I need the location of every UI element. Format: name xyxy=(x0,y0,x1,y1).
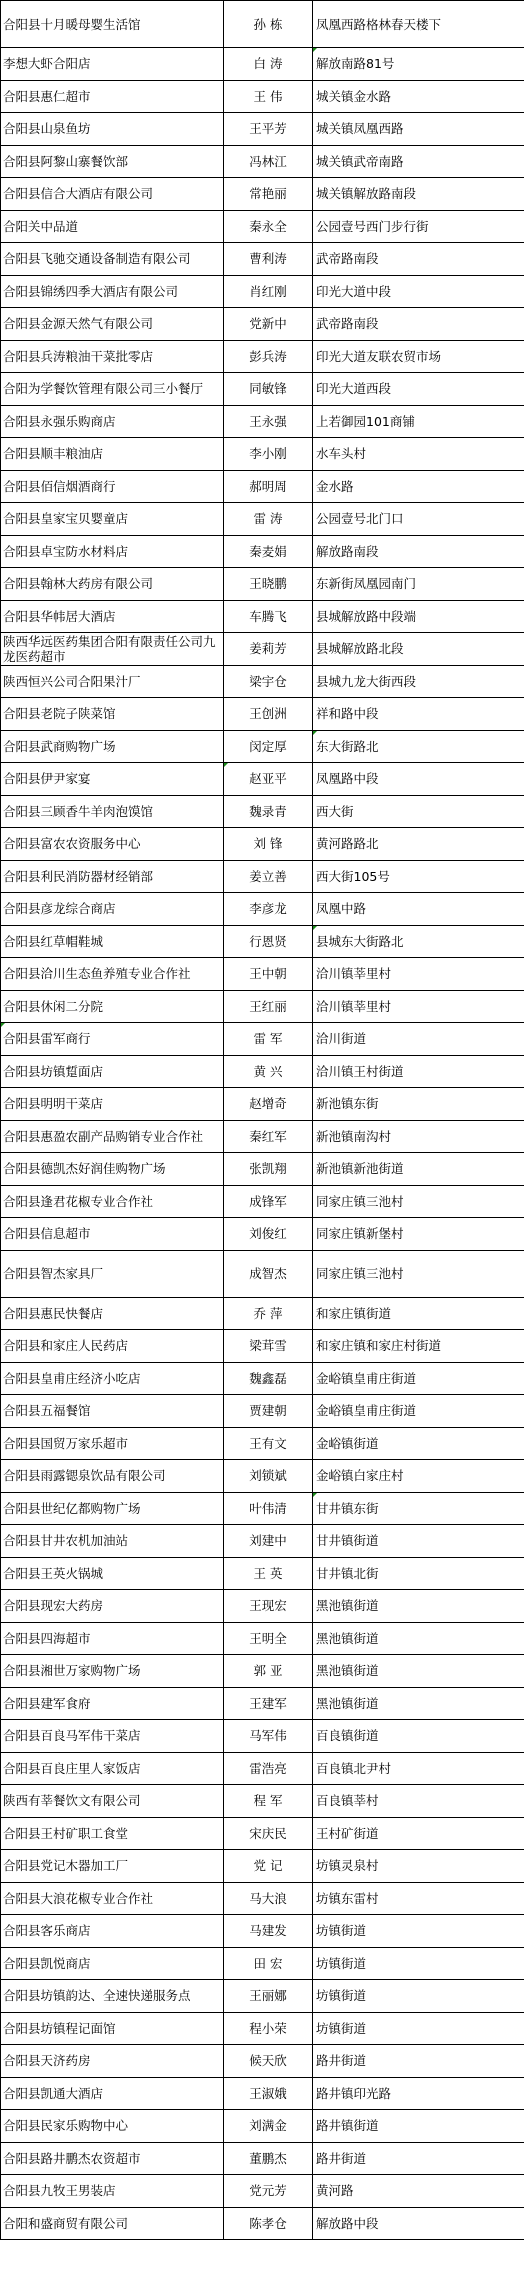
cell-name[interactable]: 合阳县四海超市 xyxy=(1,1622,224,1655)
cell-address[interactable]: 坊镇街道 xyxy=(313,1980,524,2013)
cell-address[interactable]: 新池镇东街 xyxy=(313,1088,524,1121)
cell-person[interactable]: 曹利涛 xyxy=(224,243,313,276)
cell-person[interactable]: 王晓鹏 xyxy=(224,568,313,601)
cell-name[interactable]: 合阳县皇甫庄经济小吃店 xyxy=(1,1362,224,1395)
table-row: 陕西恒兴公司合阳果汁厂梁宇仓县城九龙大街西段 xyxy=(1,665,524,698)
table-row: 合阳县伊尹家宴赵亚平凤凰路中段 xyxy=(1,763,524,796)
table-row: 合阳县惠民快餐店乔 萍和家庄镇街道 xyxy=(1,1297,524,1330)
cell-person[interactable]: 刘锁斌 xyxy=(224,1460,313,1493)
cell-name[interactable]: 合阳县坊镇踅面店 xyxy=(1,1055,224,1088)
cell-address[interactable]: 百良镇街道 xyxy=(313,1720,524,1753)
table-row: 陕西华远医药集团合阳有限责任公司九龙医药超市姜莉芳县城解放路北段 xyxy=(1,633,524,666)
cell-person[interactable]: 秦红军 xyxy=(224,1120,313,1153)
cell-address[interactable]: 和家庄镇和家庄村街道 xyxy=(313,1330,524,1363)
cell-address[interactable]: 洽川镇王村街道 xyxy=(313,1055,524,1088)
cell-person[interactable]: 赵亚平 xyxy=(224,763,313,796)
cell-address[interactable]: 同家庄镇新堡村 xyxy=(313,1218,524,1251)
cell-person[interactable]: 秦麦娟 xyxy=(224,535,313,568)
cell-person[interactable]: 姜莉芳 xyxy=(224,633,313,666)
table-row: 合阳县三顾香牛羊肉泡馍馆魏录青西大街 xyxy=(1,795,524,828)
table-row: 合阳和盛商贸有限公司陈孝仓解放路中段 xyxy=(1,2207,524,2240)
cell-person[interactable]: 车腾飞 xyxy=(224,600,313,633)
cell-name[interactable]: 合阳县信合大酒店有限公司 xyxy=(1,178,224,211)
cell-address[interactable]: 同家庄镇三池村 xyxy=(313,1250,524,1297)
table-row: 合阳县逢君花椒专业合作社成锋军同家庄镇三池村 xyxy=(1,1185,524,1218)
table-row: 合阳县甘井农机加油站刘建中甘井镇街道 xyxy=(1,1525,524,1558)
cell-address[interactable]: 凤凰中路 xyxy=(313,893,524,926)
table-row: 合阳县洽川生态鱼养殖专业合作社王中朝洽川镇莘里村 xyxy=(1,958,524,991)
cell-name[interactable]: 合阳县建军食府 xyxy=(1,1687,224,1720)
cell-name[interactable]: 合阳县兵涛粮油干菜批零店 xyxy=(1,340,224,373)
cell-address[interactable]: 印光大道中段 xyxy=(313,275,524,308)
cell-person[interactable]: 田 宏 xyxy=(224,1947,313,1980)
cell-name[interactable]: 合阳县百良马军伟干菜店 xyxy=(1,1720,224,1753)
cell-address[interactable]: 城关镇武帝南路 xyxy=(313,145,524,178)
cell-name[interactable]: 合阳县坊镇韵达、全速快递服务点 xyxy=(1,1980,224,2013)
cell-person[interactable]: 董鹏杰 xyxy=(224,2142,313,2175)
cell-address[interactable]: 同家庄镇三池村 xyxy=(313,1185,524,1218)
cell-address[interactable]: 金峪镇皇甫庄街道 xyxy=(313,1362,524,1395)
cell-name[interactable]: 合阳县德凯杰好润佳购物广场 xyxy=(1,1153,224,1186)
table-row: 合阳县信合大酒店有限公司常艳丽城关镇解放路南段 xyxy=(1,178,524,211)
cell-person[interactable]: 王创洲 xyxy=(224,698,313,731)
table-row: 合阳县永强乐购商店王永强上若御园101商铺 xyxy=(1,405,524,438)
table-row: 合阳县信息超市刘俊红同家庄镇新堡村 xyxy=(1,1218,524,1251)
table-row: 合阳县飞驰交通设备制造有限公司曹利涛武帝路南段 xyxy=(1,243,524,276)
table-row: 合阳县路井鹏杰农资超市董鹏杰路井街道 xyxy=(1,2142,524,2175)
cell-name[interactable]: 合阳县金源天然气有限公司 xyxy=(1,308,224,341)
cell-address[interactable]: 黑池镇街道 xyxy=(313,1622,524,1655)
cell-person[interactable]: 郭 亚 xyxy=(224,1655,313,1688)
table-row: 合阳县十月暖母婴生活馆孙 栋凤凰西路格林春天楼下 xyxy=(1,1,524,48)
cell-address[interactable]: 路井镇街道 xyxy=(313,2110,524,2143)
cell-name[interactable]: 李想大虾合阳店 xyxy=(1,48,224,81)
table-row: 合阳县湘世万家购物广场郭 亚黑池镇街道 xyxy=(1,1655,524,1688)
cell-address[interactable]: 坊镇街道 xyxy=(313,2012,524,2045)
cell-name[interactable]: 陕西恒兴公司合阳果汁厂 xyxy=(1,665,224,698)
cell-name[interactable]: 合阳县惠民快餐店 xyxy=(1,1297,224,1330)
table-row: 合阳县老院子陕菜馆王创洲祥和路中段 xyxy=(1,698,524,731)
cell-name[interactable]: 合阳县智杰家具厂 xyxy=(1,1250,224,1297)
cell-address[interactable]: 王村矿街道 xyxy=(313,1817,524,1850)
cell-address[interactable]: 坊镇街道 xyxy=(313,1947,524,1980)
cell-name[interactable]: 合阳为学餐饮管理有限公司三小餐厅 xyxy=(1,373,224,406)
table-row: 合阳县富农农资服务中心刘 锋黄河路路北 xyxy=(1,828,524,861)
cell-name[interactable]: 合阳县凯通大酒店 xyxy=(1,2077,224,2110)
cell-person[interactable]: 刘建中 xyxy=(224,1525,313,1558)
cell-person[interactable]: 秦永全 xyxy=(224,210,313,243)
cell-name[interactable]: 合阳县五福餐馆 xyxy=(1,1395,224,1428)
table-row: 合阳县党记木器加工厂党 记坊镇灵泉村 xyxy=(1,1850,524,1883)
cell-name[interactable]: 陕西华远医药集团合阳有限责任公司九龙医药超市 xyxy=(1,633,224,666)
cell-person[interactable]: 同敏锋 xyxy=(224,373,313,406)
cell-name[interactable]: 合阳县逢君花椒专业合作社 xyxy=(1,1185,224,1218)
table-row: 合阳县山泉鱼坊王平芳城关镇凤凰西路 xyxy=(1,113,524,146)
cell-person[interactable]: 黄 兴 xyxy=(224,1055,313,1088)
cell-address[interactable]: 解放南路81号 xyxy=(313,48,524,81)
table-row: 合阳县王村矿职工食堂宋庆民王村矿街道 xyxy=(1,1817,524,1850)
table-row: 合阳为学餐饮管理有限公司三小餐厅同敏锋印光大道西段 xyxy=(1,373,524,406)
cell-address[interactable]: 武帝路南段 xyxy=(313,243,524,276)
cell-name[interactable]: 合阳县惠盈农副产品购销专业合作社 xyxy=(1,1120,224,1153)
table-row: 合阳县华帏居大酒店车腾飞县城解放路中段端 xyxy=(1,600,524,633)
cell-address[interactable]: 金水路 xyxy=(313,470,524,503)
cell-name[interactable]: 合阳和盛商贸有限公司 xyxy=(1,2207,224,2240)
table-row: 合阳县五福餐馆贾建朝金峪镇皇甫庄街道 xyxy=(1,1395,524,1428)
cell-address[interactable]: 洽川镇莘里村 xyxy=(313,990,524,1023)
table-row: 合阳县智杰家具厂成智杰同家庄镇三池村 xyxy=(1,1250,524,1297)
cell-person[interactable]: 王丽娜 xyxy=(224,1980,313,2013)
cell-person[interactable]: 郝明周 xyxy=(224,470,313,503)
table-row: 合阳县世纪亿都购物广场叶伟清甘井镇东街 xyxy=(1,1492,524,1525)
cell-address[interactable]: 黑池镇街道 xyxy=(313,1687,524,1720)
table-row: 合阳县德凯杰好润佳购物广场张凯翔新池镇新池街道 xyxy=(1,1153,524,1186)
cell-address[interactable]: 百良镇莘村 xyxy=(313,1785,524,1818)
cell-person[interactable]: 马军伟 xyxy=(224,1720,313,1753)
cell-name[interactable]: 合阳县佰信烟酒商行 xyxy=(1,470,224,503)
cell-person[interactable]: 张凯翔 xyxy=(224,1153,313,1186)
table-row: 合阳县武商购物广场闵定厚东大街路北 xyxy=(1,730,524,763)
table-row: 合阳县惠仁超市王 伟城关镇金水路 xyxy=(1,80,524,113)
cell-person[interactable]: 贾建朝 xyxy=(224,1395,313,1428)
cell-person[interactable]: 冯林江 xyxy=(224,145,313,178)
cell-person[interactable]: 白 涛 xyxy=(224,48,313,81)
cell-address[interactable]: 公园壹号北门口 xyxy=(313,503,524,536)
cell-address[interactable]: 洽川镇莘里村 xyxy=(313,958,524,991)
cell-person[interactable]: 雷浩亮 xyxy=(224,1752,313,1785)
table-row: 合阳县翰林大药房有限公司王晓鹏东新街凤凰园南门 xyxy=(1,568,524,601)
cell-name[interactable]: 合阳县休闲二分院 xyxy=(1,990,224,1023)
cell-person[interactable]: 梁茸雪 xyxy=(224,1330,313,1363)
table-row: 合阳县红草帽鞋城行恩贤县城东大街路北 xyxy=(1,925,524,958)
cell-name[interactable]: 合阳县九牧王男装店 xyxy=(1,2175,224,2208)
cell-person[interactable]: 彭兵涛 xyxy=(224,340,313,373)
cell-person[interactable]: 马建发 xyxy=(224,1915,313,1948)
cell-address[interactable]: 县城东大街路北 xyxy=(313,925,524,958)
cell-name[interactable]: 合阳县武商购物广场 xyxy=(1,730,224,763)
cell-name[interactable]: 合阳县雷军商行 xyxy=(1,1023,224,1056)
cell-name[interactable]: 合阳县国贸万家乐超市 xyxy=(1,1427,224,1460)
cell-address[interactable]: 洽川街道 xyxy=(313,1023,524,1056)
cell-address[interactable]: 金峪镇白家庄村 xyxy=(313,1460,524,1493)
cell-person[interactable]: 刘 锋 xyxy=(224,828,313,861)
cell-person[interactable]: 王淑娥 xyxy=(224,2077,313,2110)
cell-person[interactable]: 雷 军 xyxy=(224,1023,313,1056)
cell-name[interactable]: 合阳县客乐商店 xyxy=(1,1915,224,1948)
cell-person[interactable]: 宋庆民 xyxy=(224,1817,313,1850)
table-row: 合阳县阿黎山寨餐饮部冯林江城关镇武帝南路 xyxy=(1,145,524,178)
cell-name[interactable]: 合阳县民家乐购物中心 xyxy=(1,2110,224,2143)
cell-person[interactable]: 刘满金 xyxy=(224,2110,313,2143)
cell-name[interactable]: 合阳县华帏居大酒店 xyxy=(1,600,224,633)
table-row: 合阳县休闲二分院王红丽洽川镇莘里村 xyxy=(1,990,524,1023)
cell-name[interactable]: 合阳县甘井农机加油站 xyxy=(1,1525,224,1558)
cell-address[interactable]: 西大街 xyxy=(313,795,524,828)
cell-person[interactable]: 肖红刚 xyxy=(224,275,313,308)
cell-person[interactable]: 王有文 xyxy=(224,1427,313,1460)
cell-name[interactable]: 合阳县阿黎山寨餐饮部 xyxy=(1,145,224,178)
cell-person[interactable]: 马大浪 xyxy=(224,1882,313,1915)
cell-address[interactable]: 城关镇金水路 xyxy=(313,80,524,113)
cell-address[interactable]: 甘井镇东街 xyxy=(313,1492,524,1525)
cell-person[interactable]: 王 伟 xyxy=(224,80,313,113)
table-row: 合阳县金源天然气有限公司党新中武帝路南段 xyxy=(1,308,524,341)
cell-name[interactable]: 合阳县皇家宝贝婴童店 xyxy=(1,503,224,536)
cell-address[interactable]: 路井镇印光路 xyxy=(313,2077,524,2110)
cell-address[interactable]: 坊镇东雷村 xyxy=(313,1882,524,1915)
table-row: 合阳县皇家宝贝婴童店雷 涛公园壹号北门口 xyxy=(1,503,524,536)
table-row: 合阳县皇甫庄经济小吃店魏鑫磊金峪镇皇甫庄街道 xyxy=(1,1362,524,1395)
cell-name[interactable]: 合阳县富农农资服务中心 xyxy=(1,828,224,861)
cell-address[interactable]: 和家庄镇街道 xyxy=(313,1297,524,1330)
cell-address[interactable]: 武帝路南段 xyxy=(313,308,524,341)
cell-name[interactable]: 合阳县锦绣四季大酒店有限公司 xyxy=(1,275,224,308)
cell-name[interactable]: 合阳县王英火锅城 xyxy=(1,1557,224,1590)
table-row: 合阳县凯悦商店田 宏坊镇街道 xyxy=(1,1947,524,1980)
cell-name[interactable]: 合阳县雨露锶泉饮品有限公司 xyxy=(1,1460,224,1493)
cell-name[interactable]: 合阳县世纪亿都购物广场 xyxy=(1,1492,224,1525)
table-row: 合阳县坊镇程记面馆程小荣坊镇街道 xyxy=(1,2012,524,2045)
cell-address[interactable]: 黑池镇街道 xyxy=(313,1590,524,1623)
table-row: 合阳县天济药房候天欣路井街道 xyxy=(1,2045,524,2078)
cell-person[interactable]: 党新中 xyxy=(224,308,313,341)
cell-person[interactable]: 王明全 xyxy=(224,1622,313,1655)
cell-name[interactable]: 合阳县卓宝防水材料店 xyxy=(1,535,224,568)
table-row: 合阳县佰信烟酒商行郝明周金水路 xyxy=(1,470,524,503)
cell-address[interactable]: 金峪镇皇甫庄街道 xyxy=(313,1395,524,1428)
cell-address[interactable]: 新池镇新池街道 xyxy=(313,1153,524,1186)
cell-name[interactable]: 合阳县三顾香牛羊肉泡馍馆 xyxy=(1,795,224,828)
cell-address[interactable]: 路井街道 xyxy=(313,2142,524,2175)
cell-name[interactable]: 合阳县翰林大药房有限公司 xyxy=(1,568,224,601)
table-row: 合阳县顺丰粮油店李小刚水车头村 xyxy=(1,438,524,471)
cell-person[interactable]: 王永强 xyxy=(224,405,313,438)
cell-name[interactable]: 合阳县百良庄里人家饭店 xyxy=(1,1752,224,1785)
table-row: 合阳县现宏大药房王现宏黑池镇街道 xyxy=(1,1590,524,1623)
cell-name[interactable]: 合阳县十月暖母婴生活馆 xyxy=(1,1,224,48)
cell-name[interactable]: 陕西有莘餐饮文有限公司 xyxy=(1,1785,224,1818)
table-row: 合阳县建军食府王建军黑池镇街道 xyxy=(1,1687,524,1720)
cell-address[interactable]: 新池镇南沟村 xyxy=(313,1120,524,1153)
cell-person[interactable]: 程小荣 xyxy=(224,2012,313,2045)
table-row: 合阳县凯通大酒店王淑娥路井镇印光路 xyxy=(1,2077,524,2110)
cell-name[interactable]: 合阳县王村矿职工食堂 xyxy=(1,1817,224,1850)
cell-address[interactable]: 城关镇凤凰西路 xyxy=(313,113,524,146)
cell-person[interactable]: 魏录青 xyxy=(224,795,313,828)
cell-name[interactable]: 合阳关中品道 xyxy=(1,210,224,243)
table-row: 合阳县雨露锶泉饮品有限公司刘锁斌金峪镇白家庄村 xyxy=(1,1460,524,1493)
table-row: 合阳县王英火锅城王 英甘井镇北街 xyxy=(1,1557,524,1590)
cell-address[interactable]: 上若御园101商铺 xyxy=(313,405,524,438)
cell-name[interactable]: 合阳县红草帽鞋城 xyxy=(1,925,224,958)
cell-name[interactable]: 合阳县党记木器加工厂 xyxy=(1,1850,224,1883)
cell-name[interactable]: 合阳县飞驰交通设备制造有限公司 xyxy=(1,243,224,276)
cell-address[interactable]: 城关镇解放路南段 xyxy=(313,178,524,211)
cell-address[interactable]: 凤凰西路格林春天楼下 xyxy=(313,1,524,48)
table-row: 合阳县坊镇踅面店黄 兴洽川镇王村街道 xyxy=(1,1055,524,1088)
cell-person[interactable]: 王红丽 xyxy=(224,990,313,1023)
cell-address[interactable]: 印光大道西段 xyxy=(313,373,524,406)
cell-person[interactable]: 刘俊红 xyxy=(224,1218,313,1251)
cell-person[interactable]: 孙 栋 xyxy=(224,1,313,48)
cell-person[interactable]: 李小刚 xyxy=(224,438,313,471)
cell-person[interactable]: 王 英 xyxy=(224,1557,313,1590)
cell-address[interactable]: 公园壹号西门步行街 xyxy=(313,210,524,243)
cell-name[interactable]: 合阳县利民消防器材经销部 xyxy=(1,860,224,893)
table-row: 李想大虾合阳店白 涛解放南路81号 xyxy=(1,48,524,81)
cell-address[interactable]: 解放路中段 xyxy=(313,2207,524,2240)
cell-name[interactable]: 合阳县洽川生态鱼养殖专业合作社 xyxy=(1,958,224,991)
cell-address[interactable]: 印光大道友联农贸市场 xyxy=(313,340,524,373)
cell-person[interactable]: 王中朝 xyxy=(224,958,313,991)
cell-name[interactable]: 合阳县坊镇程记面馆 xyxy=(1,2012,224,2045)
table-row: 合阳县民家乐购物中心刘满金路井镇街道 xyxy=(1,2110,524,2143)
cell-address[interactable]: 黑池镇街道 xyxy=(313,1655,524,1688)
table-row: 合阳县雷军商行雷 军洽川街道 xyxy=(1,1023,524,1056)
cell-name[interactable]: 合阳县凯悦商店 xyxy=(1,1947,224,1980)
cell-name[interactable]: 合阳县路井鹏杰农资超市 xyxy=(1,2142,224,2175)
cell-person[interactable]: 陈孝仓 xyxy=(224,2207,313,2240)
cell-person[interactable]: 魏鑫磊 xyxy=(224,1362,313,1395)
cell-person[interactable]: 赵增奇 xyxy=(224,1088,313,1121)
cell-name[interactable]: 合阳县湘世万家购物广场 xyxy=(1,1655,224,1688)
merchant-table: 合阳县十月暖母婴生活馆孙 栋凤凰西路格林春天楼下李想大虾合阳店白 涛解放南路81… xyxy=(0,0,524,2240)
table-row: 合阳县坊镇韵达、全速快递服务点王丽娜坊镇街道 xyxy=(1,1980,524,2013)
cell-address[interactable]: 路井街道 xyxy=(313,2045,524,2078)
cell-address[interactable]: 西大街105号 xyxy=(313,860,524,893)
table-row: 合阳县利民消防器材经销部姜立善西大街105号 xyxy=(1,860,524,893)
cell-name[interactable]: 合阳县明明干菜店 xyxy=(1,1088,224,1121)
cell-address[interactable]: 黄河路 xyxy=(313,2175,524,2208)
cell-name[interactable]: 合阳县信息超市 xyxy=(1,1218,224,1251)
cell-person[interactable]: 王现宏 xyxy=(224,1590,313,1623)
cell-address[interactable]: 甘井镇街道 xyxy=(313,1525,524,1558)
cell-person[interactable]: 姜立善 xyxy=(224,860,313,893)
cell-person[interactable]: 叶伟清 xyxy=(224,1492,313,1525)
cell-person[interactable]: 王平芳 xyxy=(224,113,313,146)
table-row: 合阳县九牧王男装店党元芳黄河路 xyxy=(1,2175,524,2208)
table-row: 合阳县国贸万家乐超市王有文金峪镇街道 xyxy=(1,1427,524,1460)
table-row: 合阳关中品道秦永全公园壹号西门步行街 xyxy=(1,210,524,243)
table-row: 合阳县客乐商店马建发坊镇街道 xyxy=(1,1915,524,1948)
table-row: 合阳县百良庄里人家饭店雷浩亮百良镇北尹村 xyxy=(1,1752,524,1785)
cell-address[interactable]: 县城解放路中段端 xyxy=(313,600,524,633)
cell-person[interactable]: 雷 涛 xyxy=(224,503,313,536)
cell-address[interactable]: 坊镇灵泉村 xyxy=(313,1850,524,1883)
cell-name[interactable]: 合阳县大浪花椒专业合作社 xyxy=(1,1882,224,1915)
table-row: 合阳县彦龙综合商店李彦龙凤凰中路 xyxy=(1,893,524,926)
cell-name[interactable]: 合阳县山泉鱼坊 xyxy=(1,113,224,146)
cell-name[interactable]: 合阳县天济药房 xyxy=(1,2045,224,2078)
table-row: 合阳县锦绣四季大酒店有限公司肖红刚印光大道中段 xyxy=(1,275,524,308)
table-row: 合阳县明明干菜店赵增奇新池镇东街 xyxy=(1,1088,524,1121)
cell-person[interactable]: 成智杰 xyxy=(224,1250,313,1297)
cell-address[interactable]: 甘井镇北街 xyxy=(313,1557,524,1590)
cell-address[interactable]: 祥和路中段 xyxy=(313,698,524,731)
table-row: 合阳县惠盈农副产品购销专业合作社秦红军新池镇南沟村 xyxy=(1,1120,524,1153)
cell-person[interactable]: 候天欣 xyxy=(224,2045,313,2078)
cell-person[interactable]: 党元芳 xyxy=(224,2175,313,2208)
table-row: 合阳县卓宝防水材料店秦麦娟解放路南段 xyxy=(1,535,524,568)
cell-name[interactable]: 合阳县永强乐购商店 xyxy=(1,405,224,438)
table-row: 合阳县百良马军伟干菜店马军伟百良镇街道 xyxy=(1,1720,524,1753)
cell-address[interactable]: 县城解放路北段 xyxy=(313,633,524,666)
cell-name[interactable]: 合阳县惠仁超市 xyxy=(1,80,224,113)
cell-person[interactable]: 党 记 xyxy=(224,1850,313,1883)
cell-person[interactable]: 王建军 xyxy=(224,1687,313,1720)
table-row: 合阳县大浪花椒专业合作社马大浪坊镇东雷村 xyxy=(1,1882,524,1915)
table-row: 合阳县兵涛粮油干菜批零店彭兵涛印光大道友联农贸市场 xyxy=(1,340,524,373)
table-row: 合阳县四海超市王明全黑池镇街道 xyxy=(1,1622,524,1655)
cell-name[interactable]: 合阳县顺丰粮油店 xyxy=(1,438,224,471)
cell-person[interactable]: 梁宇仓 xyxy=(224,665,313,698)
cell-address[interactable]: 水车头村 xyxy=(313,438,524,471)
cell-person[interactable]: 常艳丽 xyxy=(224,178,313,211)
cell-person[interactable]: 李彦龙 xyxy=(224,893,313,926)
cell-name[interactable]: 合阳县和家庄人民药店 xyxy=(1,1330,224,1363)
cell-address[interactable]: 东大街路北 xyxy=(313,730,524,763)
cell-address[interactable]: 凤凰路中段 xyxy=(313,763,524,796)
table-row: 陕西有莘餐饮文有限公司程 军百良镇莘村 xyxy=(1,1785,524,1818)
cell-name[interactable]: 合阳县老院子陕菜馆 xyxy=(1,698,224,731)
cell-person[interactable]: 程 军 xyxy=(224,1785,313,1818)
cell-address[interactable]: 坊镇街道 xyxy=(313,1915,524,1948)
cell-person[interactable]: 行恩贤 xyxy=(224,925,313,958)
cell-address[interactable]: 东新街凤凰园南门 xyxy=(313,568,524,601)
cell-person[interactable]: 闵定厚 xyxy=(224,730,313,763)
cell-address[interactable]: 金峪镇街道 xyxy=(313,1427,524,1460)
cell-person[interactable]: 成锋军 xyxy=(224,1185,313,1218)
cell-address[interactable]: 县城九龙大街西段 xyxy=(313,665,524,698)
cell-name[interactable]: 合阳县现宏大药房 xyxy=(1,1590,224,1623)
cell-address[interactable]: 黄河路路北 xyxy=(313,828,524,861)
merchant-table-body: 合阳县十月暖母婴生活馆孙 栋凤凰西路格林春天楼下李想大虾合阳店白 涛解放南路81… xyxy=(1,1,524,2240)
table-row: 合阳县和家庄人民药店梁茸雪和家庄镇和家庄村街道 xyxy=(1,1330,524,1363)
cell-name[interactable]: 合阳县伊尹家宴 xyxy=(1,763,224,796)
cell-person[interactable]: 乔 萍 xyxy=(224,1297,313,1330)
cell-address[interactable]: 百良镇北尹村 xyxy=(313,1752,524,1785)
cell-address[interactable]: 解放路南段 xyxy=(313,535,524,568)
cell-name[interactable]: 合阳县彦龙综合商店 xyxy=(1,893,224,926)
